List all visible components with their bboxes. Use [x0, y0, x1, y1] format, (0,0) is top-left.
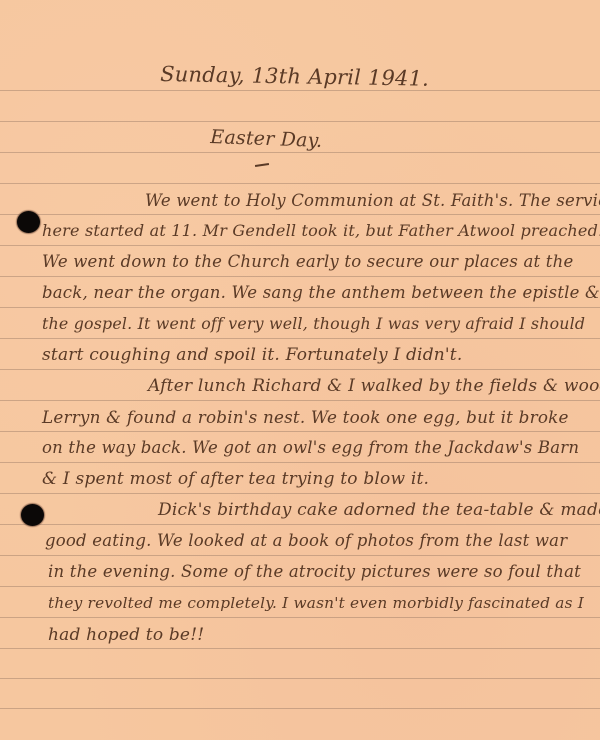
body-line: here started at 11. Mr Gendell took it, … — [42, 221, 600, 240]
body-line: back, near the organ. We sang the anthem… — [42, 283, 600, 302]
body-line: the gospel. It went off very well, thoug… — [42, 314, 585, 333]
ruled-line — [0, 493, 600, 494]
entry-subtitle: Easter Day. — [210, 126, 323, 152]
ruled-line — [0, 400, 600, 401]
diary-page: Sunday, 13th April 1941. Easter Day. We … — [0, 0, 600, 740]
ruled-line — [0, 183, 600, 184]
entry-date-heading: Sunday, 13th April 1941. — [160, 62, 429, 91]
ruled-line — [0, 617, 600, 618]
ruled-line — [0, 462, 600, 463]
body-line: Lerryn & found a robin's nest. We took o… — [42, 407, 569, 427]
ruled-line — [0, 708, 600, 709]
ruled-line — [0, 90, 600, 91]
body-line: After lunch Richard & I walked by the fi… — [148, 376, 600, 396]
body-line: & I spent most of after tea trying to bl… — [42, 469, 429, 489]
ruled-line — [0, 369, 600, 370]
ruled-line — [0, 524, 600, 525]
ruled-line — [0, 307, 600, 308]
ruled-line — [0, 338, 600, 339]
body-line: good eating. We looked at a book of phot… — [45, 531, 567, 550]
body-line: had hoped to be!! — [48, 625, 204, 645]
ruled-line — [0, 245, 600, 246]
heading-underline-dash — [255, 163, 269, 167]
body-line: start coughing and spoil it. Fortunately… — [42, 345, 462, 365]
ruled-line — [0, 121, 600, 122]
ruled-line — [0, 555, 600, 556]
ruled-line — [0, 276, 600, 277]
body-line: Dick's birthday cake adorned the tea-tab… — [158, 500, 600, 520]
ruled-line — [0, 678, 600, 679]
body-line: We went to Holy Communion at St. Faith's… — [145, 191, 600, 210]
ruled-line — [0, 152, 600, 153]
body-line: on the way back. We got an owl's egg fro… — [42, 438, 579, 457]
ruled-line — [0, 431, 600, 432]
ruled-line — [0, 586, 600, 587]
body-line: they revolted me completely. I wasn't ev… — [48, 594, 584, 612]
ruled-line — [0, 214, 600, 215]
ruled-line — [0, 648, 600, 649]
body-line: in the evening. Some of the atrocity pic… — [48, 562, 581, 581]
body-line: We went down to the Church early to secu… — [42, 252, 573, 271]
punch-hole-bottom — [21, 504, 44, 526]
punch-hole-top — [17, 211, 40, 233]
